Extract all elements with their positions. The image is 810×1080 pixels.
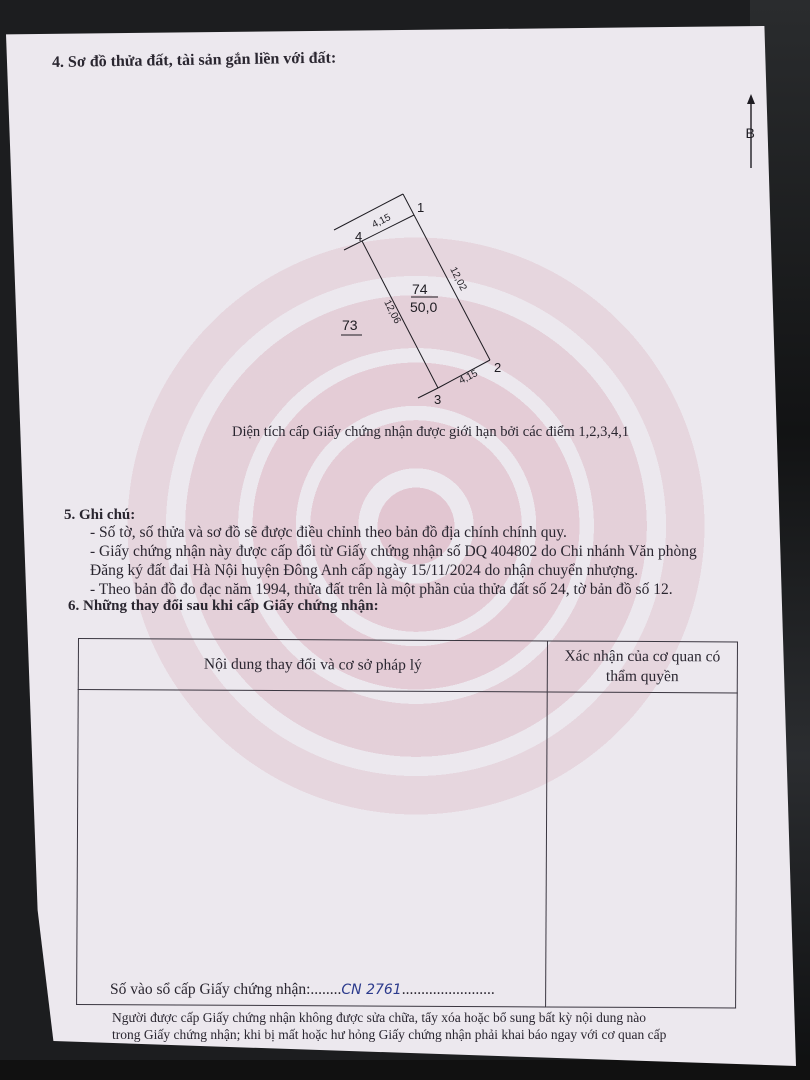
svg-text:3: 3 bbox=[434, 392, 441, 406]
parcel-sketch: 1 2 3 4 4,15 12,02 4,15 12,06 74 50,0 73 bbox=[326, 186, 526, 406]
certificate-page: 4. Sơ đồ thửa đất, tài sản gắn liền với … bbox=[6, 26, 796, 1066]
footer-line-2: trong Giấy chứng nhận; khi bị mất hoặc h… bbox=[112, 1027, 666, 1043]
note-line-4: - Theo bản đồ đo đạc năm 1994, thửa đất … bbox=[90, 581, 673, 599]
column-header-confirmation: Xác nhận của cơ quan có thẩm quyền bbox=[547, 641, 737, 693]
svg-text:4: 4 bbox=[355, 229, 362, 244]
changes-table: Nội dung thay đổi và cơ sở pháp lý Xác n… bbox=[76, 638, 738, 1008]
section6-title: 6. Những thay đổi sau khi cấp Giấy chứng… bbox=[68, 598, 379, 615]
confirmation-cell bbox=[546, 692, 738, 1008]
note-line-3: Đăng ký đất đai Hà Nội huyện Đông Anh cấ… bbox=[90, 562, 638, 580]
footer-line-1: Người được cấp Giấy chứng nhận không đượ… bbox=[112, 1010, 646, 1026]
svg-text:4,15: 4,15 bbox=[457, 368, 480, 387]
section5-title: 5. Ghi chú: bbox=[64, 507, 135, 524]
svg-text:2: 2 bbox=[494, 360, 501, 375]
note-line-2: - Giấy chứng nhận này được cấp đổi từ Gi… bbox=[90, 543, 697, 561]
section4-title: 4. Sơ đồ thửa đất, tài sản gắn liền với … bbox=[52, 50, 337, 72]
registry-label: Số vào sổ cấp Giấy chứng nhận: bbox=[110, 981, 310, 998]
registry-line: Số vào sổ cấp Giấy chứng nhận:........CN… bbox=[110, 981, 495, 999]
svg-text:50,0: 50,0 bbox=[410, 299, 437, 315]
svg-text:B: B bbox=[746, 125, 755, 141]
svg-text:74: 74 bbox=[412, 281, 428, 297]
background-bottom bbox=[0, 1060, 810, 1080]
column-header-content: Nội dung thay đổi và cơ sở pháp lý bbox=[78, 639, 547, 692]
changes-content-cell bbox=[77, 690, 548, 1007]
registry-number: CN 2761 bbox=[341, 982, 401, 998]
svg-text:12,02: 12,02 bbox=[447, 265, 468, 293]
sketch-caption: Diện tích cấp Giấy chứng nhận được giới … bbox=[232, 424, 629, 441]
north-arrow-icon: B bbox=[744, 94, 758, 170]
svg-text:1: 1 bbox=[417, 200, 424, 215]
svg-text:12,06: 12,06 bbox=[381, 298, 402, 326]
svg-text:73: 73 bbox=[342, 317, 358, 333]
note-line-1: - Số tờ, số thửa và sơ đồ sẽ được điều c… bbox=[90, 524, 567, 542]
svg-text:4,15: 4,15 bbox=[370, 212, 393, 231]
